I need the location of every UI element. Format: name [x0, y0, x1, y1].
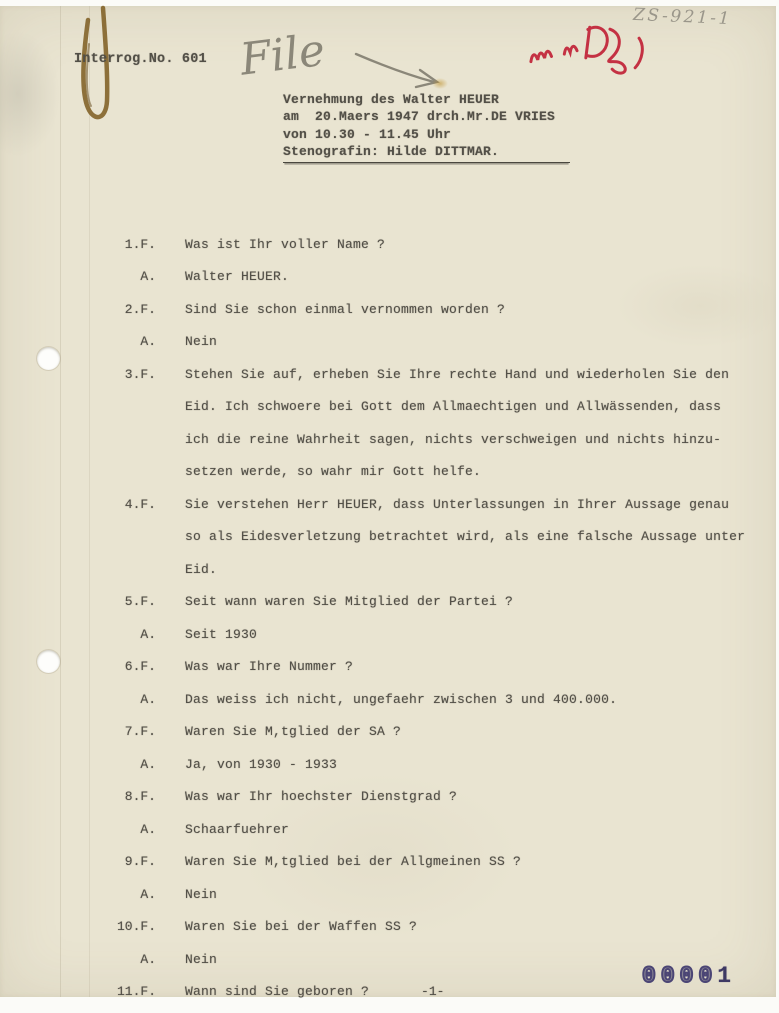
qa-line: 2.F.Sind Sie schon einmal vernommen word…	[106, 293, 761, 326]
qa-text: Das weiss ich nicht, ungefaehr zwischen …	[185, 692, 617, 707]
qa-line: 9.F.Waren Sie M,tglied bei der Allgmeine…	[106, 846, 761, 879]
qa-label: 2.F.	[106, 302, 156, 317]
qa-text: Waren Sie bei der Waffen SS ?	[185, 919, 417, 934]
qa-text: Walter HEUER.	[185, 269, 289, 284]
stamp-digit: 0	[698, 963, 717, 989]
qa-text: Nein	[185, 887, 217, 902]
qa-text: Waren Sie M,tglied der SA ?	[185, 724, 401, 739]
qa-label: 8.F.	[106, 789, 156, 804]
punch-hole-top	[37, 347, 60, 370]
qa-line: A.Walter HEUER.	[106, 261, 761, 294]
page-marker: -1-	[421, 984, 444, 999]
qa-label: 4.F.	[106, 497, 156, 512]
qa-line: A.Seit 1930	[106, 618, 761, 651]
qa-line: Eid.	[106, 553, 761, 586]
qa-label: A.	[106, 757, 156, 772]
qa-label: A.	[106, 822, 156, 837]
qa-text: ich die reine Wahrheit sagen, nichts ver…	[185, 432, 721, 447]
qa-line: 6.F.Was war Ihre Nummer ?	[106, 651, 761, 684]
qa-text: Eid. Ich schwoere bei Gott dem Allmaecht…	[185, 399, 721, 414]
qa-label: A.	[106, 334, 156, 349]
qa-text: Waren Sie M,tglied bei der Allgmeinen SS…	[185, 854, 521, 869]
red-ink-scribble	[524, 22, 652, 78]
qa-text: Was war Ihre Nummer ?	[185, 659, 353, 674]
qa-text: Seit 1930	[185, 627, 257, 642]
qa-label: A.	[106, 627, 156, 642]
qa-line: 1.F.Was ist Ihr voller Name ?	[106, 228, 761, 261]
stamp-digit: 0	[661, 963, 680, 989]
arrow-icon	[356, 54, 437, 87]
qa-line: 7.F.Waren Sie M,tglied der SA ?	[106, 716, 761, 749]
header-time: von 10.30 - 11.45 Uhr	[283, 126, 570, 143]
qa-line: 3.F.Stehen Sie auf, erheben Sie Ihre rec…	[106, 358, 761, 391]
qa-text: Eid.	[185, 562, 217, 577]
qa-list: 1.F.Was ist Ihr voller Name ?A.Walter HE…	[106, 228, 761, 1008]
qa-label: 1.F.	[106, 237, 156, 252]
qa-text: Was war Ihr hoechster Dienstgrad ?	[185, 789, 457, 804]
qa-label: 5.F.	[106, 594, 156, 609]
qa-label: A.	[106, 692, 156, 707]
qa-line: 8.F.Was war Ihr hoechster Dienstgrad ?	[106, 781, 761, 814]
qa-text: Ja, von 1930 - 1933	[185, 757, 337, 772]
header-stenographer: Stenografin: Hilde DITTMAR.	[283, 143, 570, 162]
qa-line: A.Schaarfuehrer	[106, 813, 761, 846]
qa-line: Eid. Ich schwoere bei Gott dem Allmaecht…	[106, 391, 761, 424]
stamp-digit: 1	[717, 963, 736, 989]
header-date: am 20.Maers 1947 drch.Mr.DE VRIES	[283, 108, 570, 125]
paperclip-rust-mark	[74, 2, 134, 138]
qa-text: Sind Sie schon einmal vernommen worden ?	[185, 302, 505, 317]
qa-text: Stehen Sie auf, erheben Sie Ihre rechte …	[185, 367, 729, 382]
qa-line: 5.F.Seit wann waren Sie Mitglied der Par…	[106, 586, 761, 619]
qa-text: Seit wann waren Sie Mitglied der Partei …	[185, 594, 513, 609]
qa-text: so als Eidesverletzung betrachtet wird, …	[185, 529, 745, 544]
qa-line: setzen werde, so wahr mir Gott helfe.	[106, 456, 761, 489]
qa-text: Schaarfuehrer	[185, 822, 289, 837]
interrogation-number: Interrog.No. 601	[74, 52, 207, 67]
qa-text: Was ist Ihr voller Name ?	[185, 237, 385, 252]
qa-label: 3.F.	[106, 367, 156, 382]
qa-line: so als Eidesverletzung betrachtet wird, …	[106, 521, 761, 554]
header-title: Vernehmung des Walter HEUER	[283, 91, 570, 108]
qa-label: 9.F.	[106, 854, 156, 869]
document-header: Vernehmung des Walter HEUER am 20.Maers …	[283, 91, 570, 163]
qa-label: 7.F.	[106, 724, 156, 739]
ink-stain	[432, 78, 448, 89]
scanned-document-page: Interrog.No. 601 File ZS-921-1 Vernehmun…	[0, 0, 779, 1013]
archive-number: ZS-921-1	[633, 5, 733, 29]
punch-hole-bottom	[37, 650, 60, 673]
stamp-digit: 0	[680, 963, 699, 989]
qa-line: A.Nein	[106, 878, 761, 911]
file-note-text: File	[238, 25, 328, 86]
file-annotation: File	[238, 24, 456, 96]
qa-line: A.Das weiss ich nicht, ungefaehr zwische…	[106, 683, 761, 716]
qa-text: setzen werde, so wahr mir Gott helfe.	[185, 464, 481, 479]
qa-label: 6.F.	[106, 659, 156, 674]
paper-crease	[60, 6, 61, 997]
qa-line: A.Nein	[106, 326, 761, 359]
qa-label: A.	[106, 269, 156, 284]
stamp-number: 00001	[642, 963, 736, 989]
qa-text: Nein	[185, 952, 217, 967]
qa-text: Nein	[185, 334, 217, 349]
qa-line: 10.F.Waren Sie bei der Waffen SS ?	[106, 911, 761, 944]
paper-crease	[89, 6, 90, 997]
stamp-digit: 0	[642, 963, 661, 989]
qa-label: A.	[106, 952, 156, 967]
qa-text: Wann sind Sie geboren ?	[185, 984, 369, 999]
qa-label: 11.F.	[106, 984, 156, 999]
qa-line: ich die reine Wahrheit sagen, nichts ver…	[106, 423, 761, 456]
qa-label: A.	[106, 887, 156, 902]
qa-line: A.Ja, von 1930 - 1933	[106, 748, 761, 781]
qa-line: 4.F.Sie verstehen Herr HEUER, dass Unter…	[106, 488, 761, 521]
qa-label: 10.F.	[106, 919, 156, 934]
qa-text: Sie verstehen Herr HEUER, dass Unterlass…	[185, 497, 729, 512]
